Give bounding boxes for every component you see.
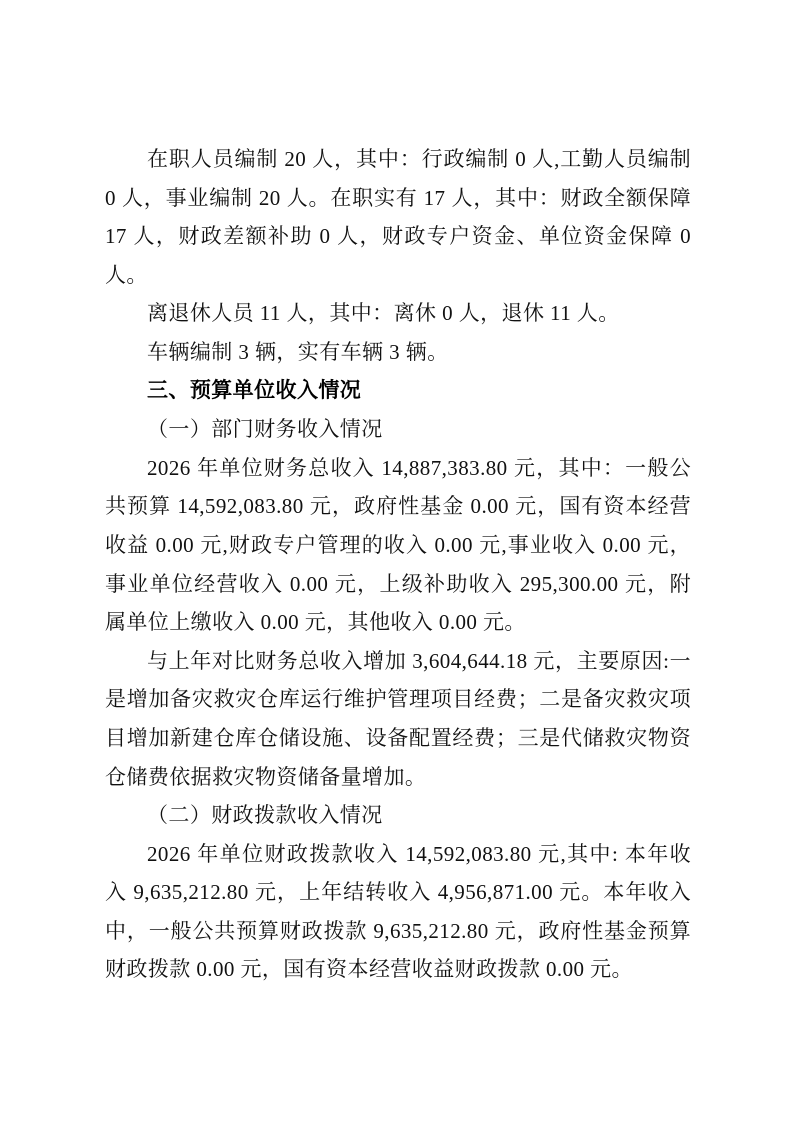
paragraph-total-financial-income: 2026 年单位财务总收入 14,887,383.80 元，其中：一般公共预算 …	[105, 449, 691, 642]
paragraph-vehicles: 车辆编制 3 辆，实有车辆 3 辆。	[105, 333, 691, 372]
section-heading-budget-unit-income: 三、预算单位收入情况	[105, 372, 691, 411]
paragraph-income-increase-reasons: 与上年对比财务总收入增加 3,604,644.18 元，主要原因:一是增加备灾救…	[105, 642, 691, 796]
paragraph-retirees: 离退休人员 11 人，其中：离休 0 人，退休 11 人。	[105, 294, 691, 333]
paragraph-fiscal-appropriation-income: 2026 年单位财政拨款收入 14,592,083.80 元,其中: 本年收入 …	[105, 835, 691, 989]
document-content: 在职人员编制 20 人，其中：行政编制 0 人,工勤人员编制 0 人，事业编制 …	[105, 140, 691, 989]
subsection-heading-department-finance-income: （一）部门财务收入情况	[105, 410, 691, 449]
subsection-heading-fiscal-appropriation-income: （二）财政拨款收入情况	[105, 796, 691, 835]
document-page: 在职人员编制 20 人，其中：行政编制 0 人,工勤人员编制 0 人，事业编制 …	[0, 0, 794, 1122]
paragraph-staffing: 在职人员编制 20 人，其中：行政编制 0 人,工勤人员编制 0 人，事业编制 …	[105, 140, 691, 294]
